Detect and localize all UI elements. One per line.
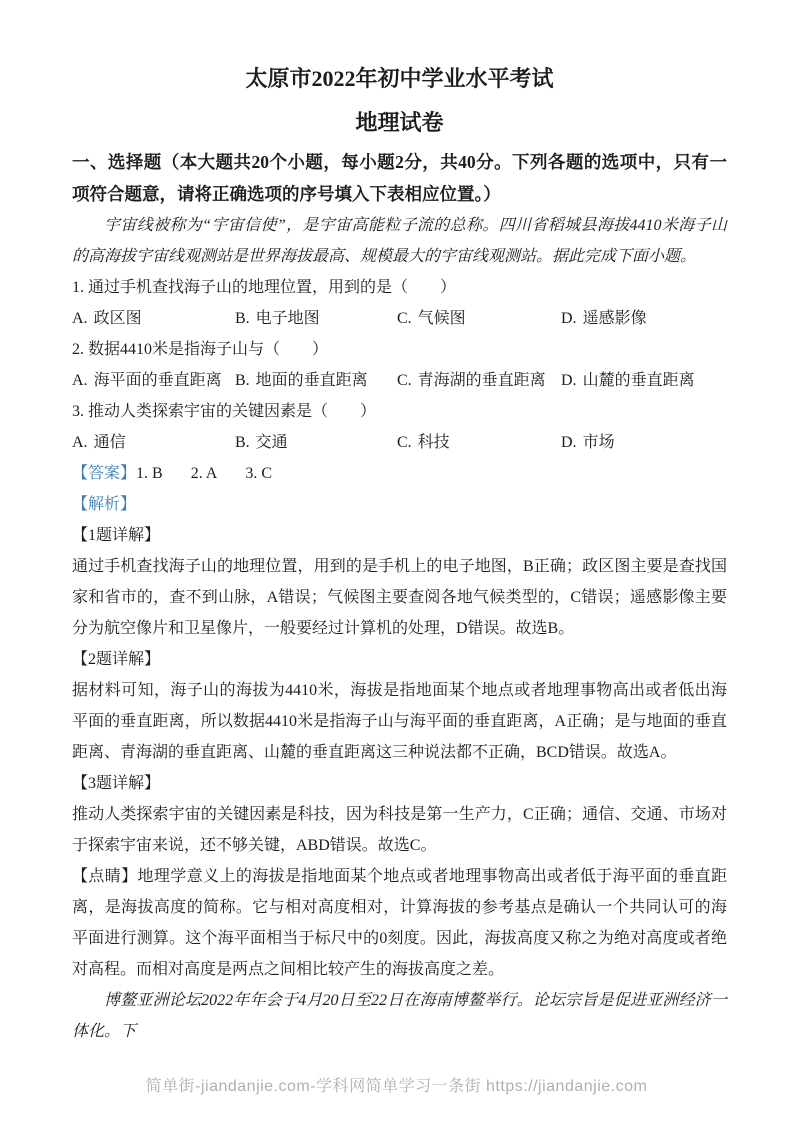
option-3-b-text: 交通	[256, 434, 288, 451]
option-2-a-label: A.	[72, 372, 88, 389]
analysis-label: 【解析】	[72, 489, 727, 520]
option-2-c-label: C.	[397, 372, 412, 389]
option-1-c-label: C.	[397, 310, 412, 327]
option-3-c-text: 科技	[418, 434, 450, 451]
tip-body: 地理学意义上的海拔是指地面某个地点或者地理事物高出或者低于海平面的垂直距离，是海…	[72, 868, 727, 978]
option-2-d-label: D.	[561, 372, 577, 389]
question-1-options: A.政区图 B.电子地图 C.气候图 D.遥感影像	[72, 303, 727, 334]
option-1-d: D.遥感影像	[561, 303, 727, 334]
explanation-1-body: 通过手机查找海子山的地理位置，用到的是手机上的电子地图，B正确；政区图主要是查找…	[72, 551, 727, 644]
answer-item-1: 1. B	[136, 465, 163, 482]
explanation-2-heading: 【2题详解】	[72, 644, 727, 675]
question-2-options: A.海平面的垂直距离 B.地面的垂直距离 C.青海湖的垂直距离 D.山麓的垂直距…	[72, 365, 727, 396]
option-3-b: B.交通	[235, 427, 397, 458]
option-2-b: B.地面的垂直距离	[235, 365, 397, 396]
option-3-d-label: D.	[561, 434, 577, 451]
passage-boao: 博鳌亚洲论坛2022年年会于4月20日至22日在海南博鳌举行。论坛宗旨是促进亚洲…	[72, 985, 727, 1047]
answer-item-3: 3. C	[245, 465, 272, 482]
option-3-a-label: A.	[72, 434, 88, 451]
option-1-c-text: 气候图	[418, 310, 466, 327]
option-2-c: C.青海湖的垂直距离	[397, 365, 561, 396]
exam-paper-page: 太原市2022年初中学业水平考试 地理试卷 一、选择题（本大题共20个小题，每小…	[0, 0, 793, 1122]
option-2-b-label: B.	[235, 372, 250, 389]
option-3-d: D.市场	[561, 427, 727, 458]
option-3-d-text: 市场	[583, 434, 615, 451]
tip-paragraph: 【点睛】地理学意义上的海拔是指地面某个地点或者地理事物高出或者低于海平面的垂直距…	[72, 861, 727, 985]
question-3-number: 3.	[72, 403, 84, 420]
option-2-b-text: 地面的垂直距离	[256, 372, 368, 389]
option-1-a-text: 政区图	[94, 310, 142, 327]
question-3-text: 推动人类探索宇宙的关键因素是（ ）	[88, 403, 376, 420]
option-1-b-text: 电子地图	[256, 310, 320, 327]
passage-cosmic-ray: 宇宙线被称为“宇宙信使”，是宇宙高能粒子流的总称。四川省稻城县海拔4410米海子…	[72, 210, 727, 272]
question-2-stem: 2. 数据4410米是指海子山与（ ）	[72, 334, 727, 365]
option-3-a: A.通信	[72, 427, 235, 458]
question-1-stem: 1. 通过手机查找海子山的地理位置，用到的是（ ）	[72, 272, 727, 303]
tip-label: 【点睛】	[72, 868, 138, 885]
exam-title: 太原市2022年初中学业水平考试	[72, 64, 727, 94]
option-1-d-label: D.	[561, 310, 577, 327]
answer-item-2: 2. A	[191, 465, 218, 482]
option-1-b: B.电子地图	[235, 303, 397, 334]
option-1-a-label: A.	[72, 310, 88, 327]
option-2-a-text: 海平面的垂直距离	[94, 372, 222, 389]
explanation-3-body: 推动人类探索宇宙的关键因素是科技，因为科技是第一生产力，C正确；通信、交通、市场…	[72, 799, 727, 861]
option-3-c-label: C.	[397, 434, 412, 451]
option-3-a-text: 通信	[94, 434, 126, 451]
question-3-options: A.通信 B.交通 C.科技 D.市场	[72, 427, 727, 458]
option-1-c: C.气候图	[397, 303, 561, 334]
answer-line: 【答案】1. B2. A3. C	[72, 458, 727, 489]
option-2-a: A.海平面的垂直距离	[72, 365, 235, 396]
site-watermark: 简单街-jiandanjie.com-学科网简单学习一条街 https://ji…	[0, 1073, 793, 1096]
option-2-d-text: 山麓的垂直距离	[583, 372, 695, 389]
option-2-c-text: 青海湖的垂直距离	[418, 372, 546, 389]
question-2-text: 数据4410米是指海子山与（ ）	[88, 341, 328, 358]
explanation-1-heading: 【1题详解】	[72, 520, 727, 551]
option-1-a: A.政区图	[72, 303, 235, 334]
explanation-2-body: 据材料可知，海子山的海拔为4410米，海拔是指地面某个地点或者地理事物高出或者低…	[72, 675, 727, 768]
answer-label: 【答案】	[72, 465, 136, 482]
option-1-b-label: B.	[235, 310, 250, 327]
question-2-number: 2.	[72, 341, 84, 358]
section-heading: 一、选择题（本大题共20个小题，每小题2分，共40分。下列各题的选项中，只有一项…	[72, 146, 727, 210]
option-1-d-text: 遥感影像	[583, 310, 647, 327]
question-3-stem: 3. 推动人类探索宇宙的关键因素是（ ）	[72, 396, 727, 427]
question-1-number: 1.	[72, 279, 84, 296]
question-1-text: 通过手机查找海子山的地理位置，用到的是（ ）	[88, 279, 456, 296]
option-2-d: D.山麓的垂直距离	[561, 365, 727, 396]
paper-subtitle: 地理试卷	[72, 108, 727, 138]
option-3-c: C.科技	[397, 427, 561, 458]
explanation-3-heading: 【3题详解】	[72, 768, 727, 799]
option-3-b-label: B.	[235, 434, 250, 451]
